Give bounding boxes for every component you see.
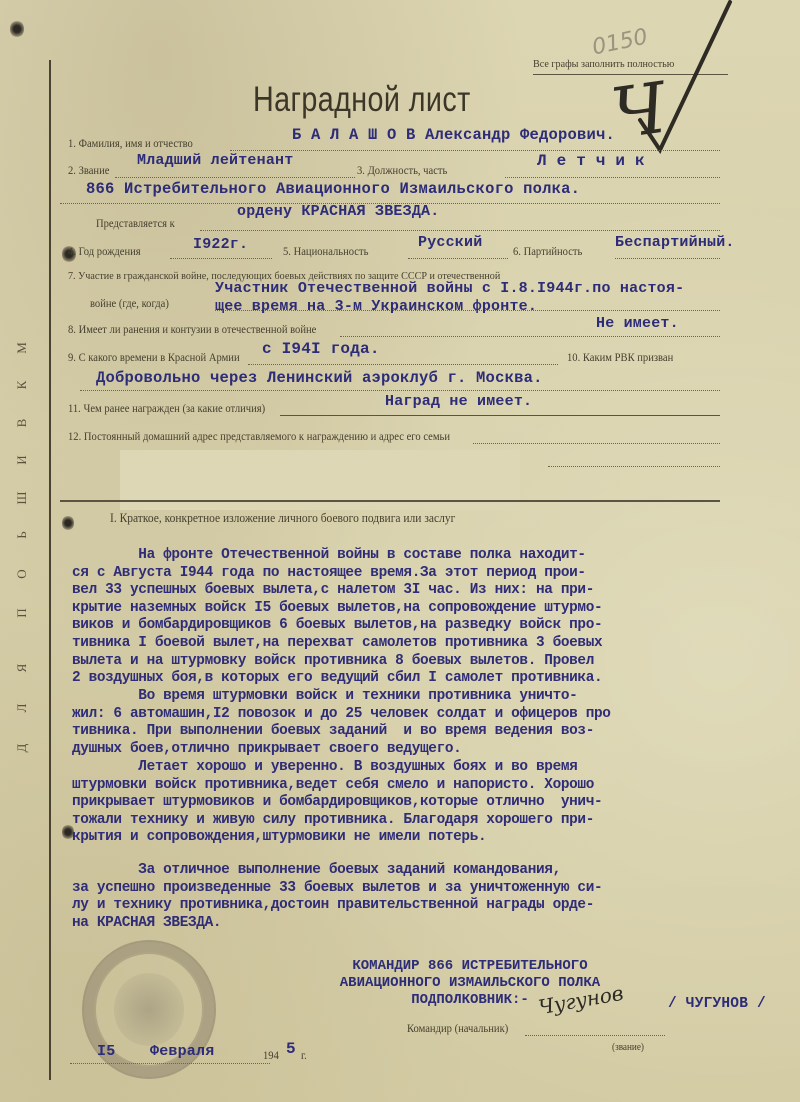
field-value-party: Беспартийный. [615,234,735,251]
date-day: I5 [97,1043,115,1060]
punch-hole [10,20,24,38]
section-divider [60,500,720,502]
margin-letter: К [14,377,30,393]
field-label-war-where: войне (где, когда) [90,298,169,310]
field-label-army-since: 9. С какого времени в Красной Армии [68,352,240,364]
field-label-name: 1. Фамилия, имя и отчество [68,138,193,150]
margin-letter: Ь [14,527,30,543]
commander-label: Командир (начальник) [407,1023,508,1035]
date-year-prefix: 194 [263,1050,279,1062]
field-label-rank: 2. Звание [68,165,109,177]
field-label-birth-year: 4. Год рождения [68,246,141,258]
field-label-previous-awards: 11. Чем ранее награжден (за какие отличи… [68,403,265,415]
margin-letter: Ш [14,490,30,506]
signer-name: / ЧУГУНОВ / [668,996,766,1012]
margin-letter: Я [14,660,30,676]
narrative-paragraph-1: На фронте Отечественной войны в составе … [72,547,792,688]
date-year-suffix: г. [301,1050,307,1062]
field-value-name: Б А Л А Ш О В Александр Федорович. [292,126,615,144]
field-value-war-line2: щее время на 3-м Украинском фронте. [215,298,537,315]
field-value-unit: 866 Истребительного Авиационного Измаиль… [86,180,580,198]
field-label-party: 6. Партийность [513,246,582,258]
margin-letter: Л [14,700,30,716]
field-value-wounds: Не имеет. [596,315,679,332]
field-line [200,230,720,231]
narrative-paragraph-4: За отличное выполнение боевых заданий ко… [72,862,792,932]
field-line [408,258,508,259]
field-line [473,443,720,444]
field-value-birth-year: I922г. [193,236,248,253]
narrative-paragraph-3: Летает хорошо и уверенно. В воздушных бо… [72,759,792,847]
checkmark-stroke [600,0,740,160]
field-value-rank: Младший лейтенант [137,152,293,169]
field-value-army-since: с I94I года. [262,340,380,358]
section-heading: I. Краткое, конкретное изложение личного… [110,511,455,526]
field-line [248,364,558,365]
signature-title-1: КОМАНДИР 866 ИСТРЕБИТЕЛЬНОГО [290,958,650,975]
page-title: Наградной лист [253,80,471,120]
punch-hole [62,515,74,531]
field-line [115,177,355,178]
field-line [80,390,720,391]
field-label-presented: Представляется к [96,218,175,230]
field-value-war-line1: Участник Отечественной войны с I.8.I944г… [215,280,684,297]
field-line [505,177,720,178]
signature-line [525,1035,665,1036]
field-line [340,336,720,337]
field-line [230,150,720,151]
date-line [70,1063,270,1064]
field-line [280,415,720,416]
field-label-position: 3. Должность, часть [357,165,447,177]
margin-line [49,60,51,1080]
field-label-wounds: 8. Имеет ли ранения и контузии в отечест… [68,324,316,336]
margin-letter: М [14,340,30,356]
date-month: Февраля [150,1043,214,1060]
field-value-nationality: Русский [418,234,482,251]
margin-letter: И [14,452,30,468]
field-value-previous-awards: Наград не имеет. [385,393,532,410]
field-line [170,258,272,259]
field-value-award: ордену КРАСНАЯ ЗВЕЗДА. [237,203,439,220]
field-line [615,258,720,259]
date-year-digit: 5 [286,1040,296,1058]
margin-letter: П [14,605,30,621]
field-label-rvk: 10. Каким РВК призван [567,352,673,364]
margin-letter: О [14,566,30,582]
margin-letter: Д [14,740,30,756]
margin-letter: В [14,415,30,431]
narrative-paragraph-2: Во время штурмовки войск и техники проти… [72,688,792,758]
field-line [548,466,720,467]
rank-caption: (звание) [612,1042,644,1053]
field-label-nationality: 5. Национальность [283,246,368,258]
field-label-address: 12. Постоянный домашний адрес представля… [68,431,450,443]
field-value-rvk: Добровольно через Ленинский аэроклуб г. … [96,369,543,387]
field-value-position: Л е т ч и к [537,152,645,170]
